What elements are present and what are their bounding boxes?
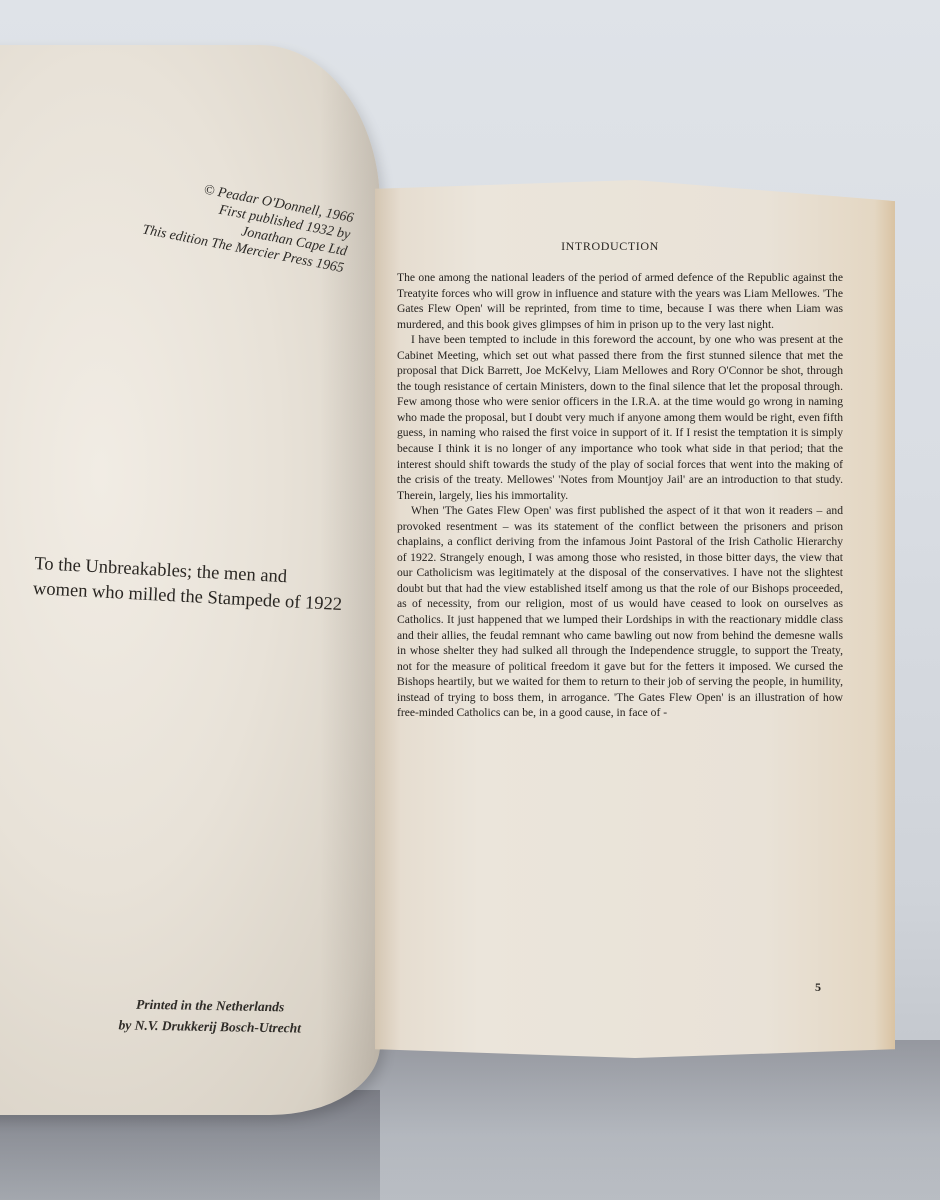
left-page: © Peadar O'Donnell, 1966 First published… <box>0 45 380 1115</box>
paragraph: I have been tempted to include in this f… <box>397 332 843 503</box>
paragraph: The one among the national leaders of th… <box>397 270 843 332</box>
page-number: 5 <box>815 980 821 995</box>
printer-imprint: Printed in the Netherlands by N.V. Drukk… <box>80 993 341 1040</box>
page-title: INTRODUCTION <box>375 239 845 254</box>
dedication: To the Unbreakables; the men and women w… <box>32 552 374 620</box>
paragraph: When 'The Gates Flew Open' was first pub… <box>397 503 843 721</box>
copyright-notice: © Peadar O'Donnell, 1966 First published… <box>67 157 355 277</box>
introduction-body: The one among the national leaders of th… <box>397 270 843 721</box>
printer-line: by N.V. Drukkerij Bosch-Utrecht <box>80 1014 340 1040</box>
right-page: INTRODUCTION The one among the national … <box>375 180 895 1058</box>
